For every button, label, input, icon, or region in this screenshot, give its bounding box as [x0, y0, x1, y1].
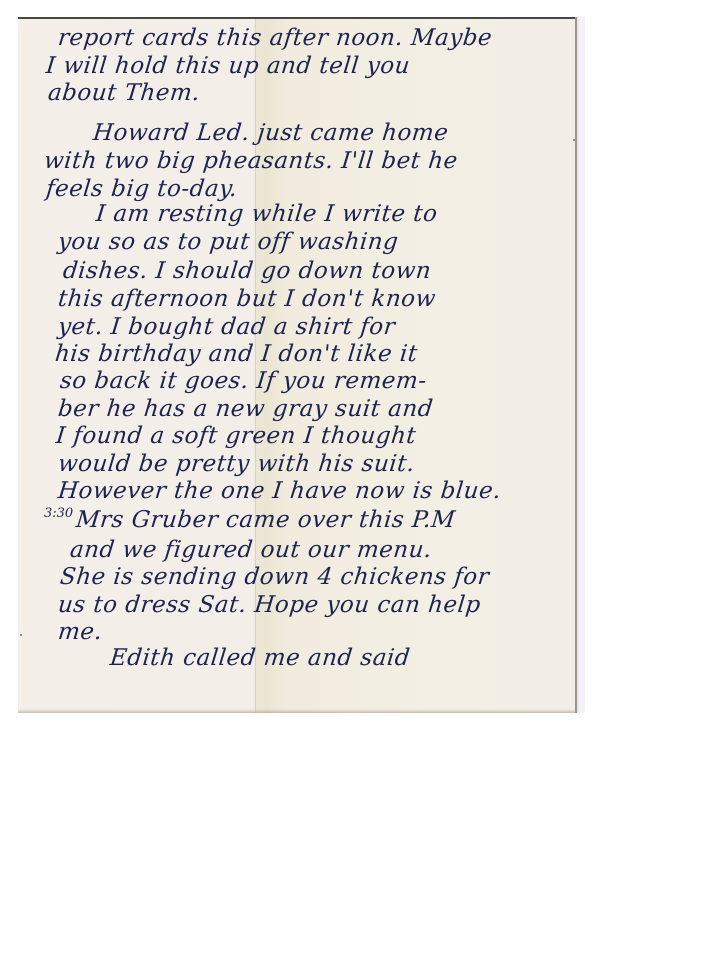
- letter-line: this afternoon but I don't know: [57, 288, 437, 311]
- paper-speck: [20, 634, 22, 636]
- scanner-edge-strip: [576, 17, 585, 711]
- letter-line: Edith called me and said: [109, 647, 411, 670]
- letter-line: She is sending down 4 chickens for: [59, 566, 491, 589]
- letter-line: Howard Led. just came home: [92, 122, 450, 145]
- letter-page: report cards this after noon. Maybe I wi…: [18, 17, 575, 713]
- letter-line: report cards this after noon. Maybe: [57, 27, 494, 50]
- letter-line: about Them.: [47, 82, 201, 105]
- letter-line: Mrs Gruber came over this P.M: [75, 509, 457, 532]
- letter-line: I am resting while I write to: [95, 203, 439, 226]
- letter-line: ber he has a new gray suit and: [57, 398, 434, 421]
- paper-speck: [573, 139, 575, 141]
- scan-canvas: report cards this after noon. Maybe I wi…: [0, 0, 720, 960]
- letter-line: with two big pheasants. I'll bet he: [43, 150, 459, 173]
- letter-line: yet. I bought dad a shirt for: [57, 316, 397, 339]
- letter-line: us to dress Sat. Hope you can help: [57, 594, 482, 617]
- letter-line: However the one I have now is blue.: [57, 480, 502, 503]
- letter-line: so back it goes. If you remem-: [59, 370, 428, 393]
- letter-line: you so as to put off washing: [57, 231, 400, 254]
- letter-line: I found a soft green I thought: [55, 425, 418, 448]
- letter-line: would be pretty with his suit.: [57, 453, 416, 476]
- letter-line: his birthday and I don't like it: [54, 343, 419, 366]
- letter-line: I will hold this up and tell you: [45, 55, 411, 78]
- letter-line: me.: [57, 621, 104, 644]
- letter-line: feels big to-day.: [45, 178, 239, 201]
- letter-line: and we figured out our menu.: [69, 539, 433, 562]
- letter-line: dishes. I should go down town: [62, 260, 433, 283]
- margin-time-annotation: 3:30: [44, 506, 73, 521]
